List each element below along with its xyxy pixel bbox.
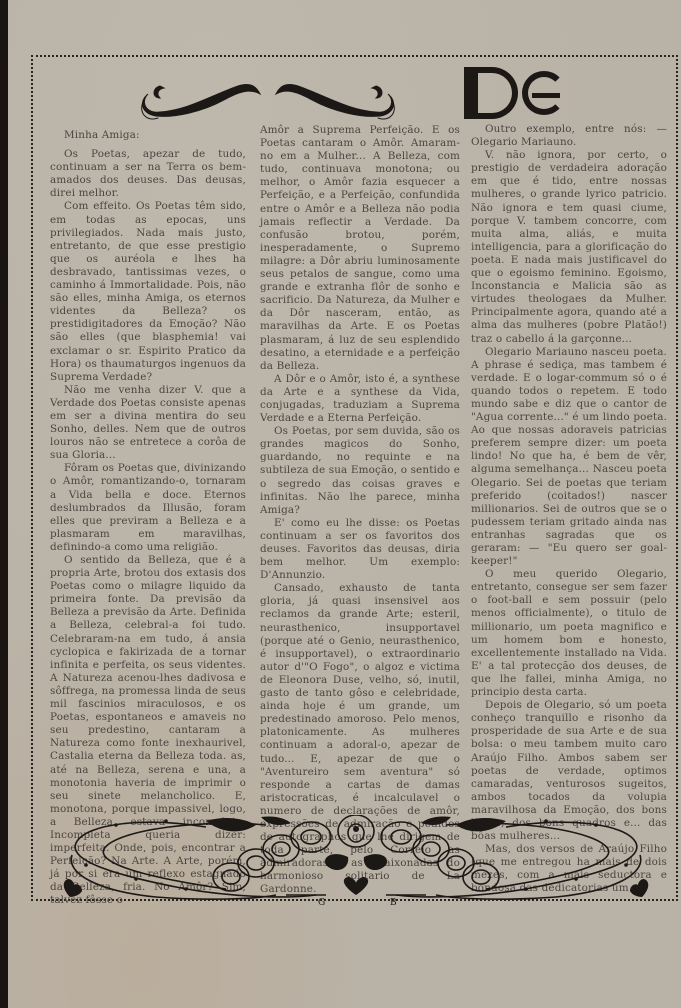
rose-garland-vignette-icon: G B [56,815,656,910]
paragraph: Olegario Mariauno nasceu poeta. A phrase… [471,346,667,569]
paragraph: Amôr a Suprema Perfeição. E os Poetas ca… [260,124,460,373]
scroll-flourish-icon [138,72,398,122]
magazine-page: De Minha Amiga: Os Poetas, apezar de tud… [8,0,681,1008]
article-title: De [464,60,566,120]
text-column-3: Outro exemplo, entre nós: — Olegario Mar… [471,123,667,896]
paragraph: Os Poetas, apezar de tudo, continuam a s… [50,148,246,200]
paragraph: O meu querido Olegario, entretanto, cons… [471,568,667,699]
paragraph: Fôram os Poetas que, divinizando o Amôr,… [50,462,246,554]
text-column-1: Minha Amiga: Os Poetas, apezar de tudo, … [50,123,246,908]
monogram-right: B [390,898,397,908]
text-column-2: Amôr a Suprema Perfeição. E os Poetas ca… [260,124,460,897]
paragraph: Os Poetas, por sem duvida, são os grande… [260,425,460,517]
paragraph: E' como eu lhe disse: os Poetas continua… [260,517,460,582]
salutation: Minha Amiga: [64,129,246,142]
paragraph: Não me venha dizer V. que a Verdade dos … [50,384,246,463]
paragraph: Com effeito. Os Poetas têm sido, em toda… [50,200,246,383]
monogram-left: G [318,898,325,908]
paragraph: A Dôr e o Amôr, isto é, a synthese da Ar… [260,373,460,425]
paragraph: Outro exemplo, entre nós: — Olegario Mar… [471,123,667,149]
paragraph: V. não ignora, por certo, o prestigio de… [471,149,667,345]
